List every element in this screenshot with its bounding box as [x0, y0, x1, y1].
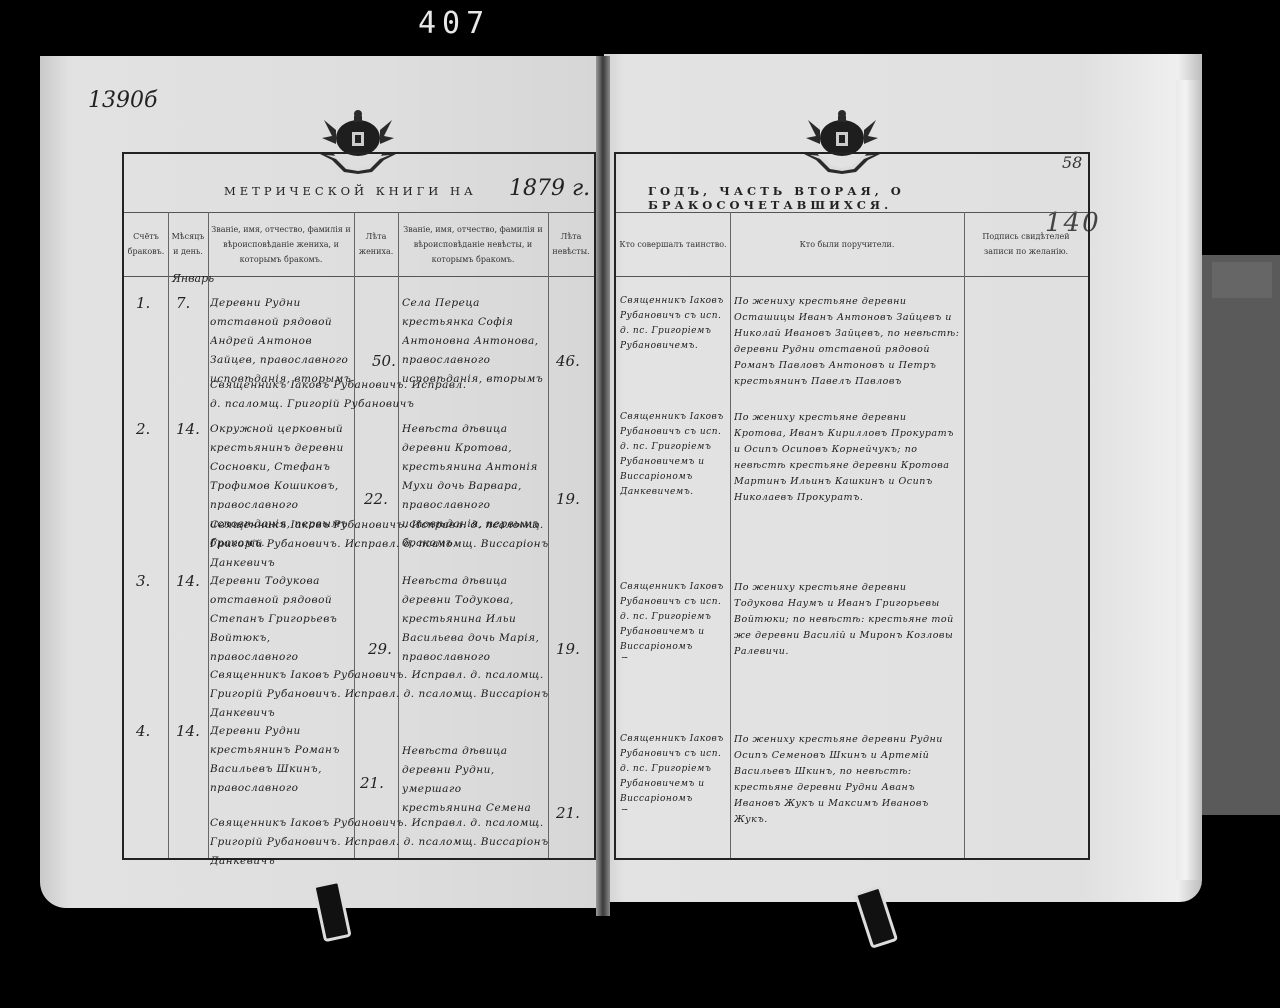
column-divider: [730, 212, 731, 858]
column-header-officiant: Кто совершалъ таинство.: [616, 212, 730, 276]
officiant-details: Священникъ Іаковъ Рубановичъ съ исп. д. …: [620, 410, 728, 504]
groom-age: 50.: [372, 352, 396, 370]
register-year: 1879 г.: [509, 176, 590, 201]
entry-number: 4.: [136, 722, 150, 740]
bride-age: 19.: [556, 640, 580, 658]
officiant-details: Священникъ Іаковъ Рубановичъ съ исп. д. …: [620, 732, 728, 810]
entry-day: 14.: [176, 722, 200, 740]
column-header-month-day: Мѣсяцъ и день.: [168, 212, 208, 276]
entry-day: 14.: [176, 420, 200, 438]
groom-details: Деревни Тодукова отставной рядовой Степа…: [210, 572, 352, 668]
bride-age: 46.: [556, 352, 580, 370]
register-title: МЕТРИЧЕСКОЙ КНИГИ НА: [224, 184, 477, 198]
column-header-groom-age: Лѣта жениха.: [354, 212, 398, 276]
entry-day: 14.: [176, 572, 200, 590]
clergy-signatures: Священникъ Іаковъ Рубановичъ. Исправл. д…: [210, 814, 560, 872]
scanner-frame-number: 407: [418, 6, 490, 41]
sponsor-details: По жениху крестьяне деревни Кротова, Ива…: [734, 410, 960, 522]
sponsor-details: По жениху крестьяне деревни Осташицы Ива…: [734, 294, 960, 390]
bride-details: Невѣста дѣвица деревни Рудни, умершаго к…: [402, 742, 544, 822]
officiant-details: Священникъ Іаковъ Рубановичъ съ исп. д. …: [620, 294, 728, 372]
entry-number: 2.: [136, 420, 150, 438]
column-headers: Кто совершалъ таинство. Кто были поручит…: [616, 212, 1088, 277]
sponsor-details: По жениху крестьяне деревни Рудни Осипъ …: [734, 732, 960, 828]
column-headers: Счётъ браковъ. Мѣсяцъ и день. Званіе, им…: [124, 212, 594, 277]
column-divider: [208, 212, 209, 858]
book-spine: [596, 56, 610, 916]
archive-number: 1390б: [88, 88, 157, 113]
column-header-bride-age: Лѣта невѣсты.: [548, 212, 594, 276]
officiant-details: Священникъ Іаковъ Рубановичъ съ исп. д. …: [620, 580, 728, 658]
sponsor-details: По жениху крестьяне деревни Тодукова Нау…: [734, 580, 960, 660]
background-right-block: [1212, 262, 1272, 298]
month-label: Январь: [172, 272, 214, 285]
column-header-witness-signatures: Подпись свидѣтелей записи по желанію.: [964, 212, 1088, 276]
column-divider: [964, 212, 965, 858]
marriage-register-table-left: МЕТРИЧЕСКОЙ КНИГИ НА 1879 г. Счётъ брако…: [122, 152, 596, 860]
column-header-sponsors: Кто были поручители.: [730, 212, 964, 276]
background-right: [1200, 255, 1280, 815]
register-title-continuation: ГОДЪ, ЧАСТЬ ВТОРАЯ, О БРАКОСОЧЕТАВШИХСЯ.: [648, 184, 1088, 212]
groom-age: 21.: [360, 774, 384, 792]
groom-details: Деревни Рудни крестьянинъ Романъ Василье…: [210, 722, 352, 802]
column-header-bride: Званіе, имя, отчество, фамилія и вѣроисп…: [398, 212, 548, 276]
title-row: ГОДЪ, ЧАСТЬ ВТОРАЯ, О БРАКОСОЧЕТАВШИХСЯ.: [616, 154, 1088, 213]
marriage-register-table-right: ГОДЪ, ЧАСТЬ ВТОРАЯ, О БРАКОСОЧЕТАВШИХСЯ.…: [614, 152, 1090, 860]
column-header-marriage-count: Счётъ браковъ.: [124, 212, 168, 276]
clergy-signatures: Священникъ Іаковъ Рубановичъ. Исправл. д…: [210, 376, 470, 416]
groom-age: 29.: [368, 640, 392, 658]
bride-age: 19.: [556, 490, 580, 508]
clergy-signatures: Священникъ Іаковъ Рубановичъ. Исправл. д…: [210, 666, 560, 724]
page-edge-stack: [1176, 80, 1200, 880]
groom-age: 22.: [364, 490, 388, 508]
column-divider: [168, 212, 169, 858]
title-row: МЕТРИЧЕСКОЙ КНИГИ НА 1879 г.: [124, 154, 594, 213]
clergy-signatures: Священникъ Іаковъ Рубановичъ. Исправл. д…: [210, 516, 560, 574]
column-header-groom: Званіе, имя, отчество, фамилія и вѣроисп…: [208, 212, 354, 276]
entry-day: 7.: [176, 294, 190, 312]
entry-number: 1.: [136, 294, 150, 312]
entry-number: 3.: [136, 572, 150, 590]
bride-details: Невѣста дѣвица деревни Тодукова, крестья…: [402, 572, 544, 668]
